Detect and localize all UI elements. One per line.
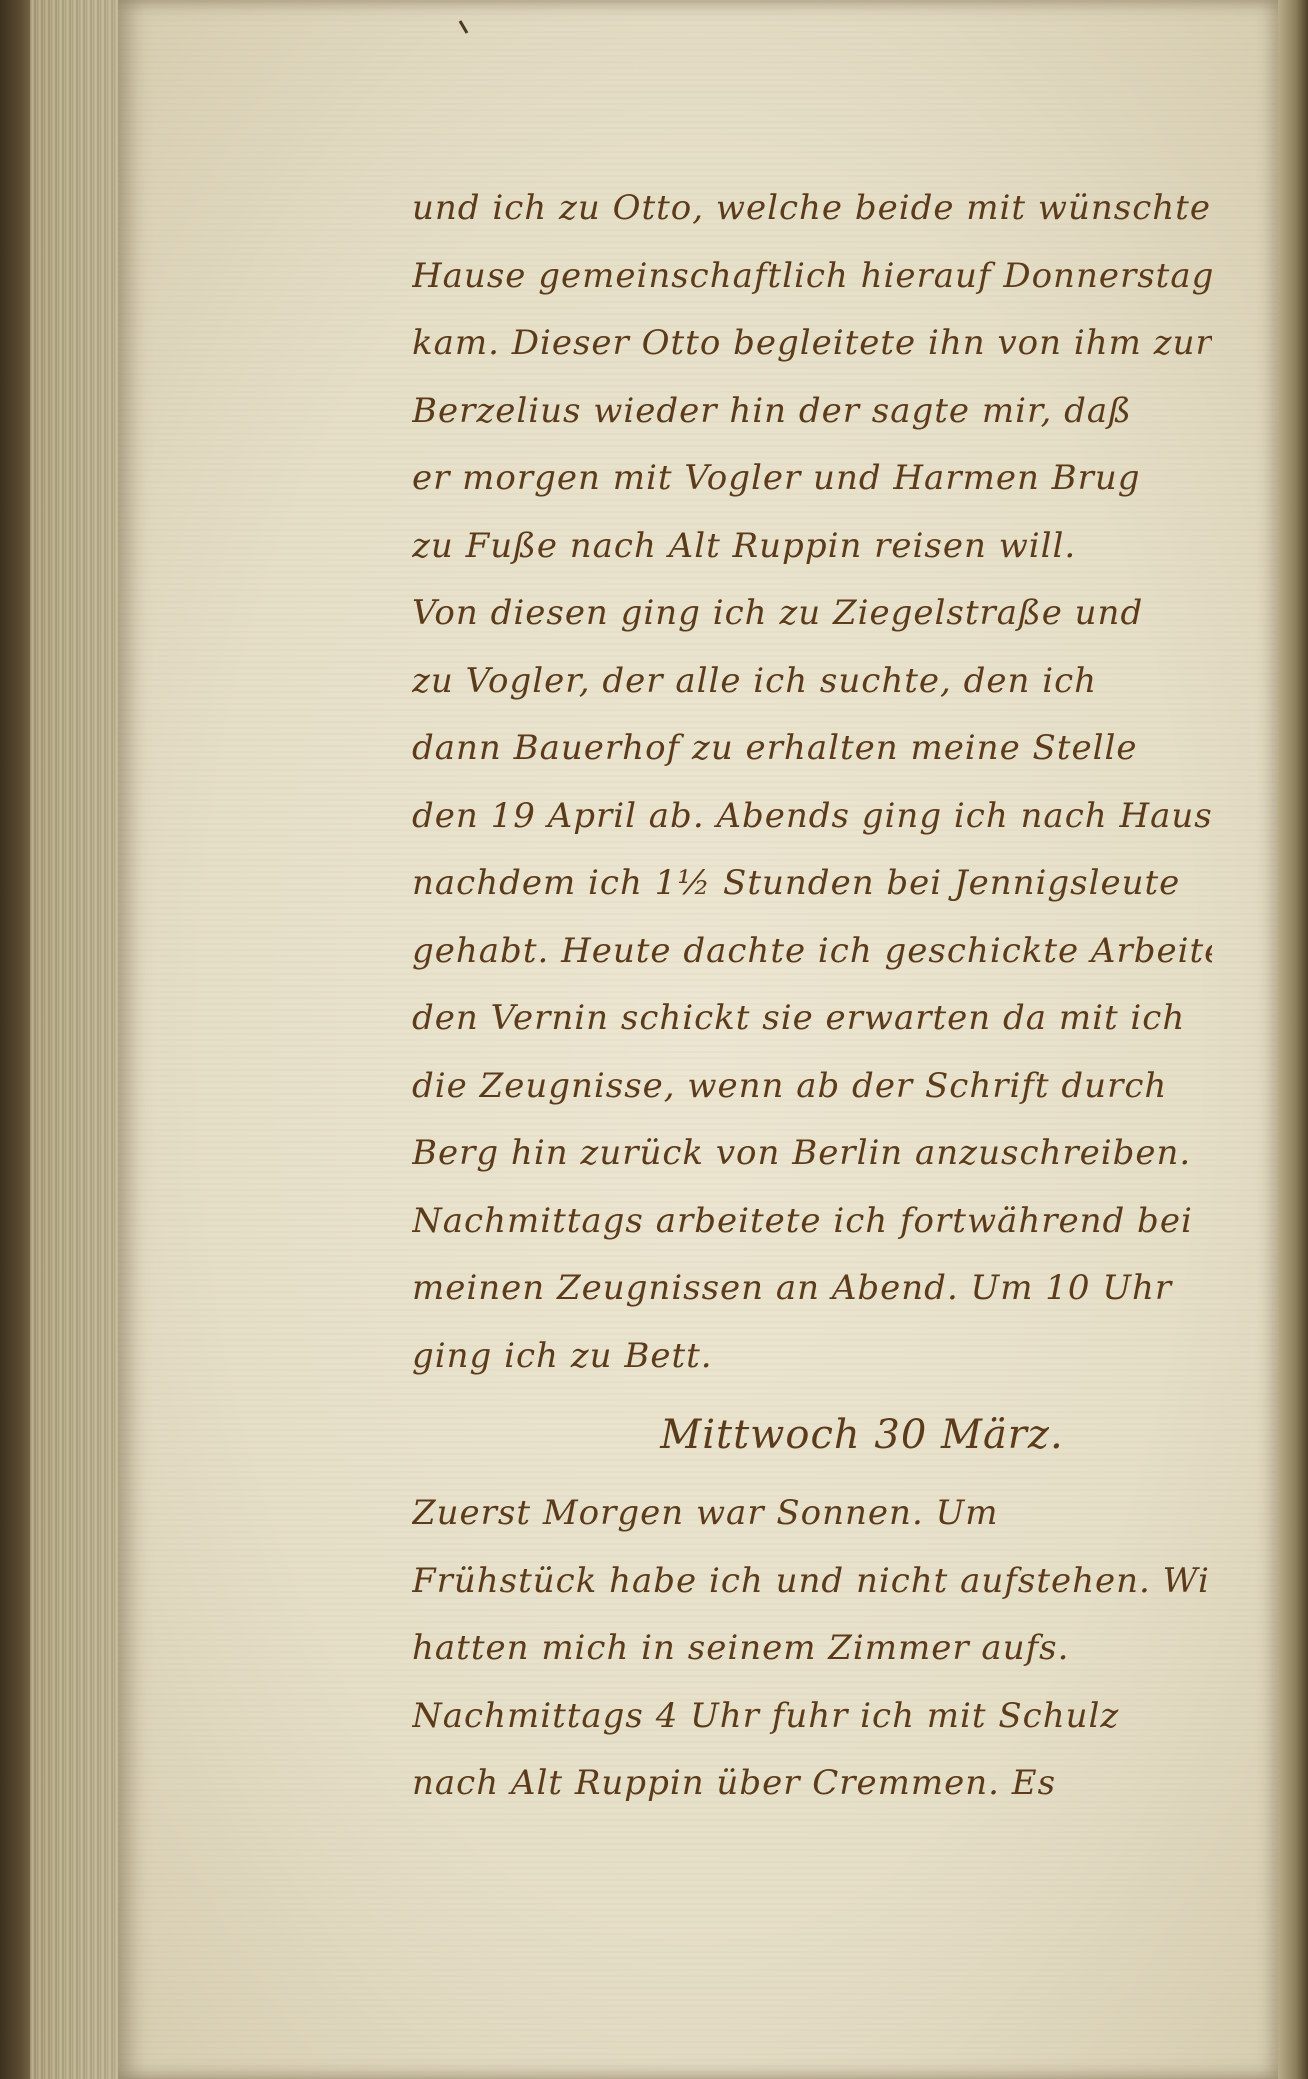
handwritten-text: und ich zu Otto, welche beide mit wünsch… <box>412 175 1212 1818</box>
text-line: Zuerst Morgen war Sonnen. Um <box>412 1480 1212 1548</box>
text-line: Frühstück habe ich und nicht aufstehen. … <box>412 1548 1212 1616</box>
text-line: und ich zu Otto, welche beide mit wünsch… <box>412 175 1212 243</box>
text-line: die Zeugnisse, wenn ab der Schrift durch <box>412 1053 1212 1121</box>
text-line: Nachmittags 4 Uhr fuhr ich mit Schulz <box>412 1683 1212 1751</box>
text-line: er morgen mit Vogler und Harmen Brug <box>412 445 1212 513</box>
entry-date-heading: Mittwoch 30 März. <box>412 1390 1212 1480</box>
text-line: nachdem ich 1½ Stunden bei Jennigsleute <box>412 850 1212 918</box>
text-line: gehabt. Heute dachte ich geschickte Arbe… <box>412 918 1212 986</box>
text-line: Nachmittags arbeitete ich fortwährend be… <box>412 1188 1212 1256</box>
text-line: meinen Zeugnissen an Abend. Um 10 Uhr <box>412 1255 1212 1323</box>
text-line: dann Bauerhof zu erhalten meine Stelle <box>412 715 1212 783</box>
text-line: kam. Dieser Otto begleitete ihn von ihm … <box>412 310 1212 378</box>
right-page-edge <box>1278 0 1308 2079</box>
text-line: nach Alt Ruppin über Cremmen. Es <box>412 1750 1212 1818</box>
text-line: zu Fuße nach Alt Ruppin reisen will. <box>412 513 1212 581</box>
page-stack-edge <box>30 0 120 2079</box>
text-line: Hause gemeinschaftlich hierauf Donnersta… <box>412 243 1212 311</box>
text-line: ging ich zu Bett. <box>412 1323 1212 1391</box>
text-line: Von diesen ging ich zu Ziegelstraße und <box>412 580 1212 648</box>
text-line: Berzelius wieder hin der sagte mir, daß <box>412 378 1212 446</box>
book-spread: und ich zu Otto, welche beide mit wünsch… <box>0 0 1308 2079</box>
text-line: hatten mich in seinem Zimmer aufs. <box>412 1615 1212 1683</box>
text-line: den Vernin schickt sie erwarten da mit i… <box>412 985 1212 1053</box>
text-line: Berg hin zurück von Berlin anzuschreiben… <box>412 1120 1212 1188</box>
text-line: zu Vogler, der alle ich suchte, den ich <box>412 648 1212 716</box>
text-line: den 19 April ab. Abends ging ich nach Ha… <box>412 783 1212 851</box>
